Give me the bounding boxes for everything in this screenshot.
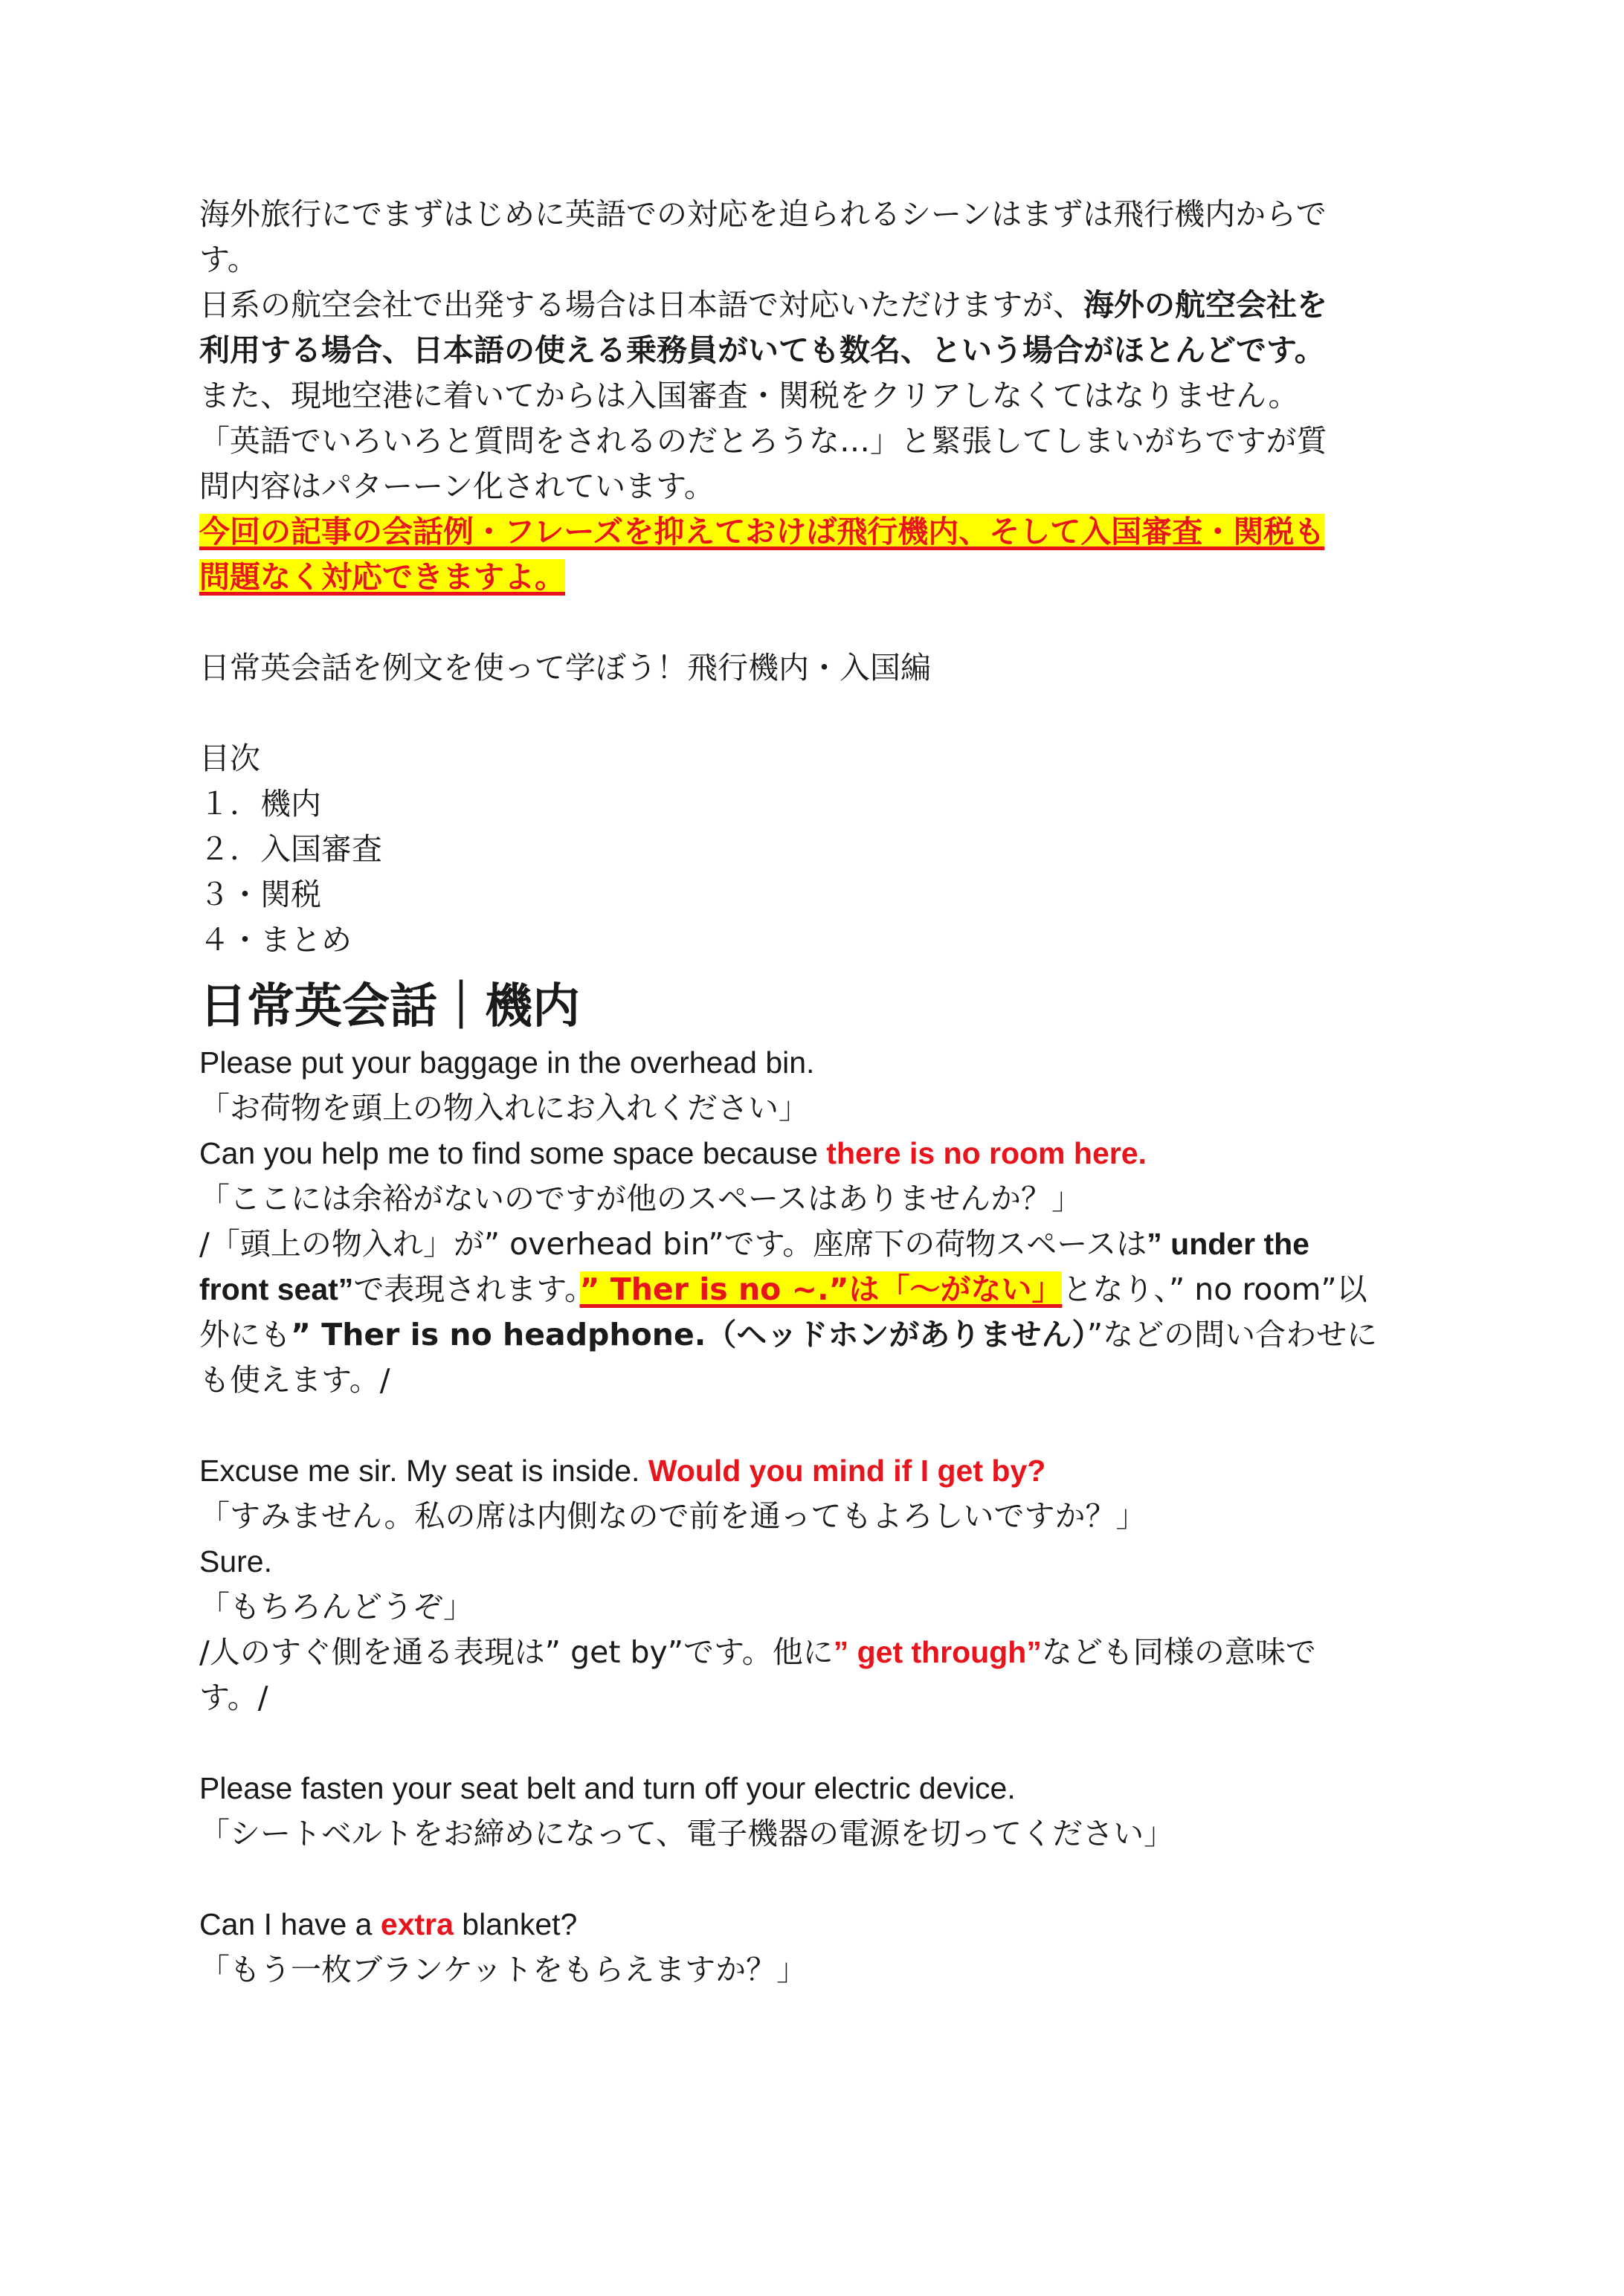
text: も使えます。/ — [199, 1362, 390, 1398]
text: Please put your baggage in the overhead … — [199, 1045, 814, 1080]
text: Can I have a — [199, 1907, 381, 1941]
intro-paragraph-4: 「英語でいろいろと質問をされるのだとろうな…」と緊張してしまいがちですが質 — [199, 419, 1434, 464]
bold-text: front seat” — [199, 1272, 353, 1306]
spacer — [199, 1721, 1434, 1766]
text: ”などの問い合わせに — [1087, 1317, 1377, 1352]
example-4-english: Please fasten your seat belt and turn of… — [199, 1766, 1434, 1811]
toc-item-1[interactable]: １．機内 — [199, 781, 1434, 827]
text: 「ここには余裕がないのですが他のスペースはありませんか？」 — [199, 1181, 1082, 1216]
red-emphasis: extra — [381, 1907, 454, 1941]
toc-item-3[interactable]: ３・関税 — [199, 872, 1434, 918]
text: す。/ — [199, 1680, 268, 1715]
text: 「お荷物を頭上の物入れにお入れください」 — [199, 1090, 809, 1126]
section-heading: 日常英会話｜機内 — [199, 973, 1434, 1040]
text: 「もちろんどうぞ」 — [199, 1589, 474, 1625]
note-1-line-4: も使えます。/ — [199, 1358, 1434, 1403]
text: blanket? — [454, 1907, 577, 1941]
document-page: 海外旅行にでまずはじめに英語での対応を迫られるシーンはまずは飛行機内からで す。… — [199, 192, 1434, 1993]
text: 「すみません。私の席は内側なので前を通ってもよろしいですか？」 — [199, 1498, 1146, 1534]
red-emphasis: there is no room here. — [826, 1136, 1147, 1170]
toc-link[interactable]: ３・関税 — [199, 877, 321, 912]
text: 問内容はパターーン化されています。 — [199, 468, 715, 504]
toc-link[interactable]: ４・まとめ — [199, 922, 352, 958]
toc-link[interactable]: ２．入国審査 — [199, 831, 382, 867]
bold-text: 利用する場合、日本語の使える乗務員がいても数名、という場合がほとんどです。 — [199, 332, 1325, 368]
highlighted-text: 問題なく対応できますよ。 — [199, 559, 565, 595]
text: /人のすぐ側を通る表現は” get by”です。他に — [199, 1634, 834, 1670]
example-5-english: Can I have a extra blanket? — [199, 1902, 1434, 1947]
note-2-line-1: /人のすぐ側を通る表現は” get by”です。他に” get through”… — [199, 1630, 1434, 1675]
text: Can you help me to find some space becau… — [199, 1136, 826, 1170]
text: 「英語でいろいろと質問をされるのだとろうな…」と緊張してしまいがちですが質 — [199, 423, 1327, 459]
bold-text: 海外の航空会社を — [1083, 287, 1327, 323]
text: となり、” no room”以 — [1062, 1271, 1367, 1307]
text: で表現されます。 — [353, 1271, 579, 1307]
note-1-line-3: 外にも” Ther is no headphone.（ヘッドホンがありません）”… — [199, 1312, 1434, 1358]
highlight-callout: 今回の記事の会話例・フレーズを抑えておけば飛行機内、そして入国審査・関税も — [199, 509, 1434, 555]
spacer — [199, 1403, 1434, 1448]
note-1-line-1: /「頭上の物入れ」が” overhead bin”です。座席下の荷物スペースは”… — [199, 1222, 1434, 1267]
toc-title: 目次 — [199, 736, 1434, 781]
example-1-japanese: 「お荷物を頭上の物入れにお入れください」 — [199, 1086, 1434, 1131]
text: 日系の航空会社で出発する場合は日本語で対応いただけますが、 — [199, 287, 1083, 323]
text: 目次 — [199, 741, 260, 776]
article-subtitle: 日常英会話を例文を使って学ぼう！飛行機内・入国編 — [199, 645, 1434, 691]
spacer — [199, 691, 1434, 736]
bold-text: ” Ther is no headphone.（ヘッドホンがありません） — [291, 1317, 1087, 1352]
intro-paragraph-3: また、現地空港に着いてからは入国審査・関税をクリアしなくてはなりません。 — [199, 373, 1434, 419]
text: Excuse me sir. My seat is inside. — [199, 1454, 648, 1488]
intro-paragraph-1: 海外旅行にでまずはじめに英語での対応を迫られるシーンはまずは飛行機内からで — [199, 192, 1434, 237]
toc-item-2[interactable]: ２．入国審査 — [199, 827, 1434, 872]
spacer — [199, 600, 1434, 645]
intro-paragraph-2-cont: 利用する場合、日本語の使える乗務員がいても数名、という場合がほとんどです。 — [199, 328, 1434, 373]
highlighted-text: ” Ther is no ~.”は「～がない」 — [580, 1271, 1063, 1307]
text: 「シートベルトをお締めになって、電子機器の電源を切ってください」 — [199, 1816, 1174, 1851]
red-emphasis: Would you mind if I get by? — [648, 1454, 1045, 1488]
toc-link[interactable]: １．機内 — [199, 786, 321, 822]
example-2-japanese: 「ここには余裕がないのですが他のスペースはありませんか？」 — [199, 1176, 1434, 1222]
text: Sure. — [199, 1544, 272, 1578]
example-3-reply-english: Sure. — [199, 1539, 1434, 1584]
text: /「頭上の物入れ」が” overhead bin”です。座席下の荷物スペースは — [199, 1226, 1147, 1262]
spacer — [199, 1857, 1434, 1902]
toc-item-4[interactable]: ４・まとめ — [199, 918, 1434, 963]
text: 海外旅行にでまずはじめに英語での対応を迫られるシーンはまずは飛行機内からで — [199, 196, 1327, 232]
intro-paragraph-2: 日系の航空会社で出発する場合は日本語で対応いただけますが、海外の航空会社を — [199, 283, 1434, 328]
text: 日常英会話を例文を使って学ぼう！飛行機内・入国編 — [199, 650, 931, 686]
text: Please fasten your seat belt and turn of… — [199, 1771, 1016, 1805]
text: また、現地空港に着いてからは入国審査・関税をクリアしなくてはなりません。 — [199, 378, 1298, 413]
text: なども同様の意味で — [1042, 1634, 1316, 1670]
text: す。 — [199, 242, 258, 277]
example-1-english: Please put your baggage in the overhead … — [199, 1040, 1434, 1086]
example-3-japanese: 「すみません。私の席は内側なので前を通ってもよろしいですか？」 — [199, 1494, 1434, 1539]
note-1-line-2: front seat”で表現されます。” Ther is no ~.”は「～がな… — [199, 1267, 1434, 1312]
note-2-line-2: す。/ — [199, 1675, 1434, 1721]
red-emphasis: ” get through” — [834, 1635, 1042, 1669]
text: 「もう一枚ブランケットをもらえますか？」 — [199, 1952, 807, 1987]
intro-paragraph-1-cont: す。 — [199, 237, 1434, 283]
highlighted-text: 今回の記事の会話例・フレーズを抑えておけば飛行機内、そして入国審査・関税も — [199, 514, 1324, 549]
example-2-english: Can you help me to find some space becau… — [199, 1131, 1434, 1176]
text: 外にも — [199, 1317, 291, 1352]
example-4-japanese: 「シートベルトをお締めになって、電子機器の電源を切ってください」 — [199, 1811, 1434, 1857]
highlight-callout-cont: 問題なく対応できますよ。 — [199, 555, 1434, 600]
example-3-reply-japanese: 「もちろんどうぞ」 — [199, 1584, 1434, 1630]
example-5-japanese: 「もう一枚ブランケットをもらえますか？」 — [199, 1947, 1434, 1993]
intro-paragraph-4-cont: 問内容はパターーン化されています。 — [199, 464, 1434, 509]
bold-text: ” under the — [1147, 1227, 1309, 1261]
example-3-english: Excuse me sir. My seat is inside. Would … — [199, 1448, 1434, 1494]
